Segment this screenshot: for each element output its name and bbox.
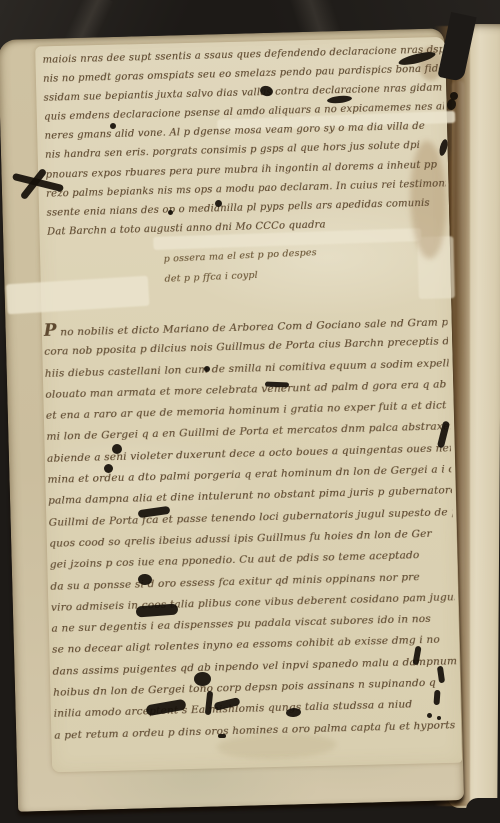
photo-backdrop: maiois nras dee supt ssentis a ssaus que… [0,0,500,823]
text-block-upper: maiois nras dee supt ssentis a ssaus que… [42,40,447,241]
backdrop-corner [466,798,500,823]
manuscript-page: maiois nras dee supt ssentis a ssaus que… [0,28,464,811]
text-block-main: P no nobilis et dicto Mariano de Arborea… [43,310,458,746]
